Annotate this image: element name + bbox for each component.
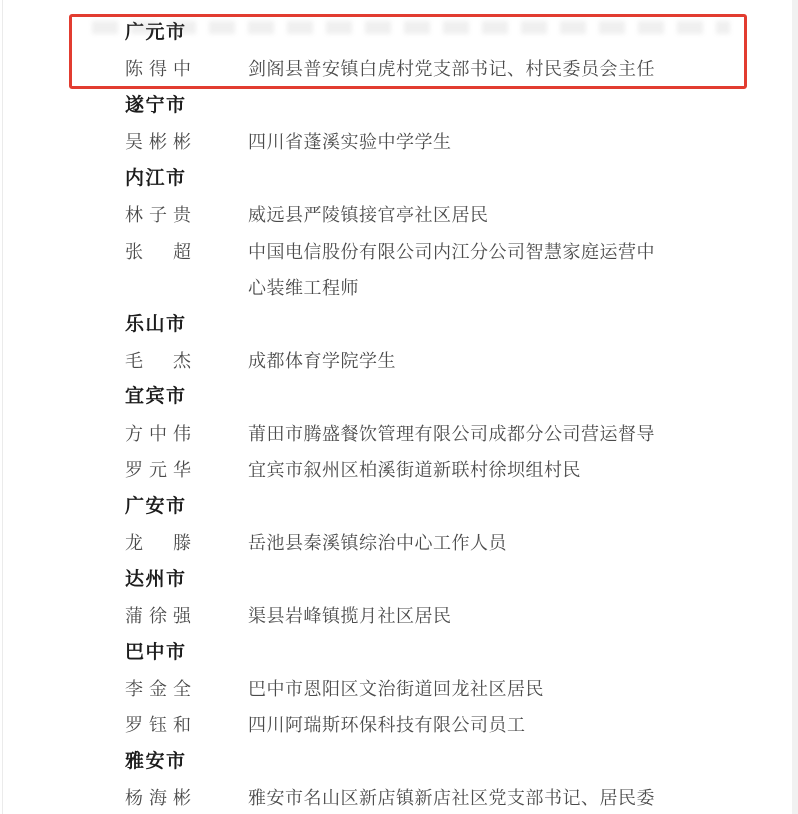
person-name: 林子贵 <box>125 197 191 233</box>
person-title: 雅安市名山区新店镇新店社区党支部书记、居民委 <box>248 780 663 814</box>
person-title: 四川阿瑞斯环保科技有限公司员工 <box>248 707 663 743</box>
entry-row: 罗钰和四川阿瑞斯环保科技有限公司员工 <box>125 707 792 743</box>
person-name: 毛杰 <box>125 343 191 379</box>
person-name: 龙滕 <box>125 525 191 561</box>
person-name: 张超 <box>125 234 191 270</box>
person-title: 中国电信股份有限公司内江分公司智慧家庭运营中心装维工程师 <box>248 234 663 307</box>
section-city-header: 巴中市 <box>125 635 792 671</box>
person-title: 四川省蓬溪实验中学学生 <box>248 124 663 160</box>
section-city-header: 内江市 <box>125 161 792 197</box>
person-name: 蒲徐强 <box>125 598 191 634</box>
entry-row: 李金全巴中市恩阳区文治街道回龙社区居民 <box>125 671 792 707</box>
person-title: 剑阁县普安镇白虎村党支部书记、村民委员会主任 <box>248 51 663 87</box>
section-city-header: 遂宁市 <box>125 88 792 124</box>
person-title: 渠县岩峰镇揽月社区居民 <box>248 598 663 634</box>
person-name: 陈得中 <box>125 51 191 87</box>
page-edge-strip <box>792 0 798 814</box>
person-title: 莆田市腾盛餐饮管理有限公司成都分公司营运督导 <box>248 416 663 452</box>
person-title: 宜宾市叙州区柏溪街道新联村徐坝组村民 <box>248 452 663 488</box>
section-city-header: 乐山市 <box>125 307 792 343</box>
person-title: 巴中市恩阳区文治街道回龙社区居民 <box>248 671 663 707</box>
section-city-header: 广元市 <box>125 15 792 51</box>
person-name: 杨海彬 <box>125 780 191 814</box>
section-city-header: 雅安市 <box>125 744 792 780</box>
entry-row: 龙滕岳池县秦溪镇综治中心工作人员 <box>125 525 792 561</box>
entry-row: 毛杰成都体育学院学生 <box>125 343 792 379</box>
person-title: 成都体育学院学生 <box>248 343 663 379</box>
person-title: 岳池县秦溪镇综治中心工作人员 <box>248 525 663 561</box>
section-city-header: 广安市 <box>125 489 792 525</box>
document-page: 广元市陈得中剑阁县普安镇白虎村党支部书记、村民委员会主任遂宁市吴彬彬四川省蓬溪实… <box>0 0 798 814</box>
entry-row: 杨海彬雅安市名山区新店镇新店社区党支部书记、居民委 <box>125 780 792 814</box>
entry-row: 蒲徐强渠县岩峰镇揽月社区居民 <box>125 598 792 634</box>
entry-row: 罗元华宜宾市叙州区柏溪街道新联村徐坝组村民 <box>125 452 792 488</box>
entry-row: 林子贵威远县严陵镇接官亭社区居民 <box>125 197 792 233</box>
person-name: 罗元华 <box>125 452 191 488</box>
entry-row: 方中伟莆田市腾盛餐饮管理有限公司成都分公司营运督导 <box>125 416 792 452</box>
entry-row: 吴彬彬四川省蓬溪实验中学学生 <box>125 124 792 160</box>
entry-row: 陈得中剑阁县普安镇白虎村党支部书记、村民委员会主任 <box>125 51 792 87</box>
person-name: 方中伟 <box>125 416 191 452</box>
award-list: 广元市陈得中剑阁县普安镇白虎村党支部书记、村民委员会主任遂宁市吴彬彬四川省蓬溪实… <box>0 0 792 814</box>
person-name: 罗钰和 <box>125 707 191 743</box>
person-name: 李金全 <box>125 671 191 707</box>
person-title: 威远县严陵镇接官亭社区居民 <box>248 197 663 233</box>
person-name: 吴彬彬 <box>125 124 191 160</box>
section-city-header: 宜宾市 <box>125 379 792 415</box>
section-city-header: 达州市 <box>125 562 792 598</box>
entry-row: 张超中国电信股份有限公司内江分公司智慧家庭运营中心装维工程师 <box>125 234 792 307</box>
